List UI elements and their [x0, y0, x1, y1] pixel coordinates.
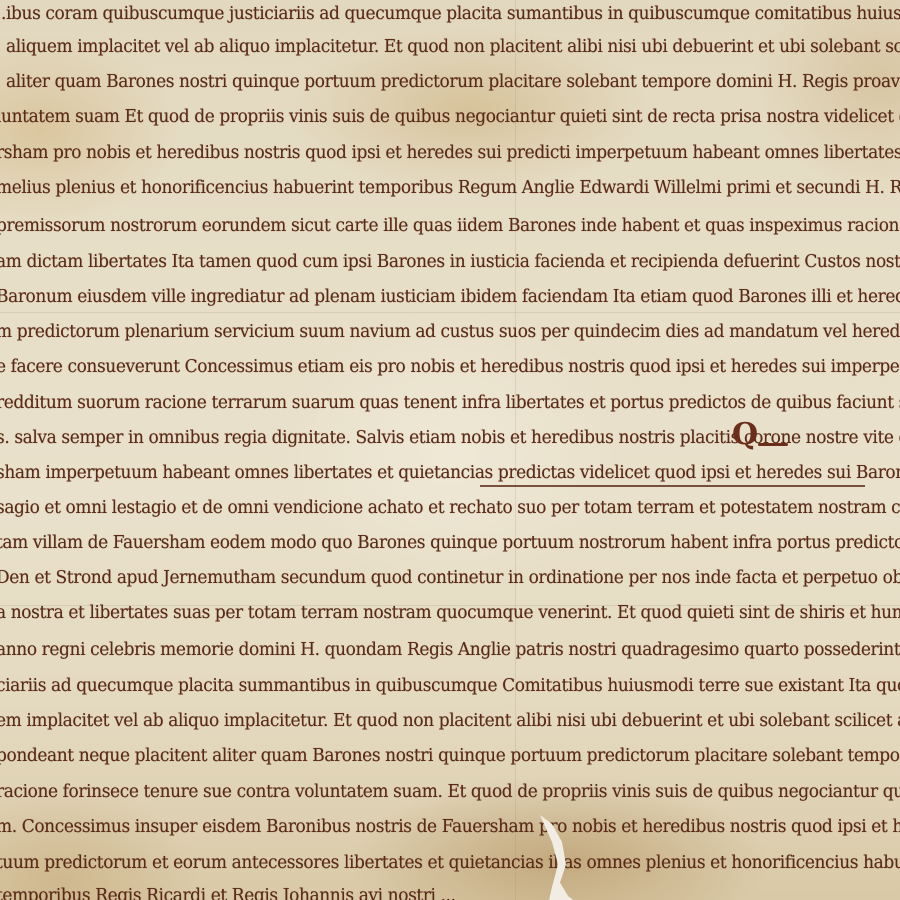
manuscript-line: melius plenius et honorificencius habuer… — [0, 178, 900, 199]
manuscript-line: am dictam libertates Ita tamen quod cum … — [0, 252, 900, 273]
manuscript-line: Baronum eiusdem ville ingrediatur ad ple… — [0, 287, 900, 308]
initial-flourish — [758, 443, 788, 446]
manuscript-line: ciariis ad quecumque placita summantibus… — [0, 676, 900, 697]
fold-crease — [0, 312, 900, 313]
decorated-initial: Q — [732, 420, 758, 450]
manuscript-line: redditum suorum racione terrarum suarum … — [0, 393, 900, 414]
underline-rule — [480, 485, 865, 487]
manuscript-line: sagio et omni lestagio et de omni vendic… — [0, 498, 900, 519]
manuscript-line: m. Concessimus insuper eisdem Baronibus … — [0, 817, 900, 838]
manuscript-line: em implacitet vel ab aliquo implacitetur… — [0, 711, 900, 732]
manuscript-line: Den et Strond apud Jernemutham secundum … — [0, 568, 900, 589]
manuscript-line: pondeant neque placitent aliter quam Bar… — [0, 746, 900, 767]
parchment-page: ..ibus coram quibuscumque justiciariis a… — [0, 0, 900, 900]
manuscript-line: racione forinsece tenure sue contra volu… — [0, 782, 900, 803]
manuscript-line: m predictorum plenarium servicium suum n… — [0, 322, 900, 343]
manuscript-line: premissorum nostrorum eorundem sicut car… — [0, 216, 900, 237]
manuscript-line: rsham pro nobis et heredibus nostris quo… — [0, 143, 900, 164]
manuscript-line: sham imperpetuum habeant omnes libertate… — [0, 463, 900, 484]
manuscript-line: ..ibus coram quibuscumque justiciariis a… — [0, 4, 900, 25]
manuscript-line: , aliquem implacitet vel ab aliquo impla… — [0, 37, 900, 58]
manuscript-line: a nostra et libertates suas per totam te… — [0, 603, 900, 624]
manuscript-line: . aliter quam Barones nostri quinque por… — [0, 72, 900, 93]
manuscript-line: temporibus Regis Ricardi et Regis Johann… — [0, 886, 456, 900]
manuscript-line: e facere consueverunt Concessimus etiam … — [0, 357, 900, 378]
manuscript-line: anno regni celebris memorie domini H. qu… — [0, 640, 900, 661]
manuscript-line: tam villam de Fauersham eodem modo quo B… — [0, 533, 900, 554]
manuscript-line: tuum predictorum et eorum antecessores l… — [0, 853, 900, 874]
manuscript-line: luntatem suam Et quod de propriis vinis … — [0, 107, 900, 128]
